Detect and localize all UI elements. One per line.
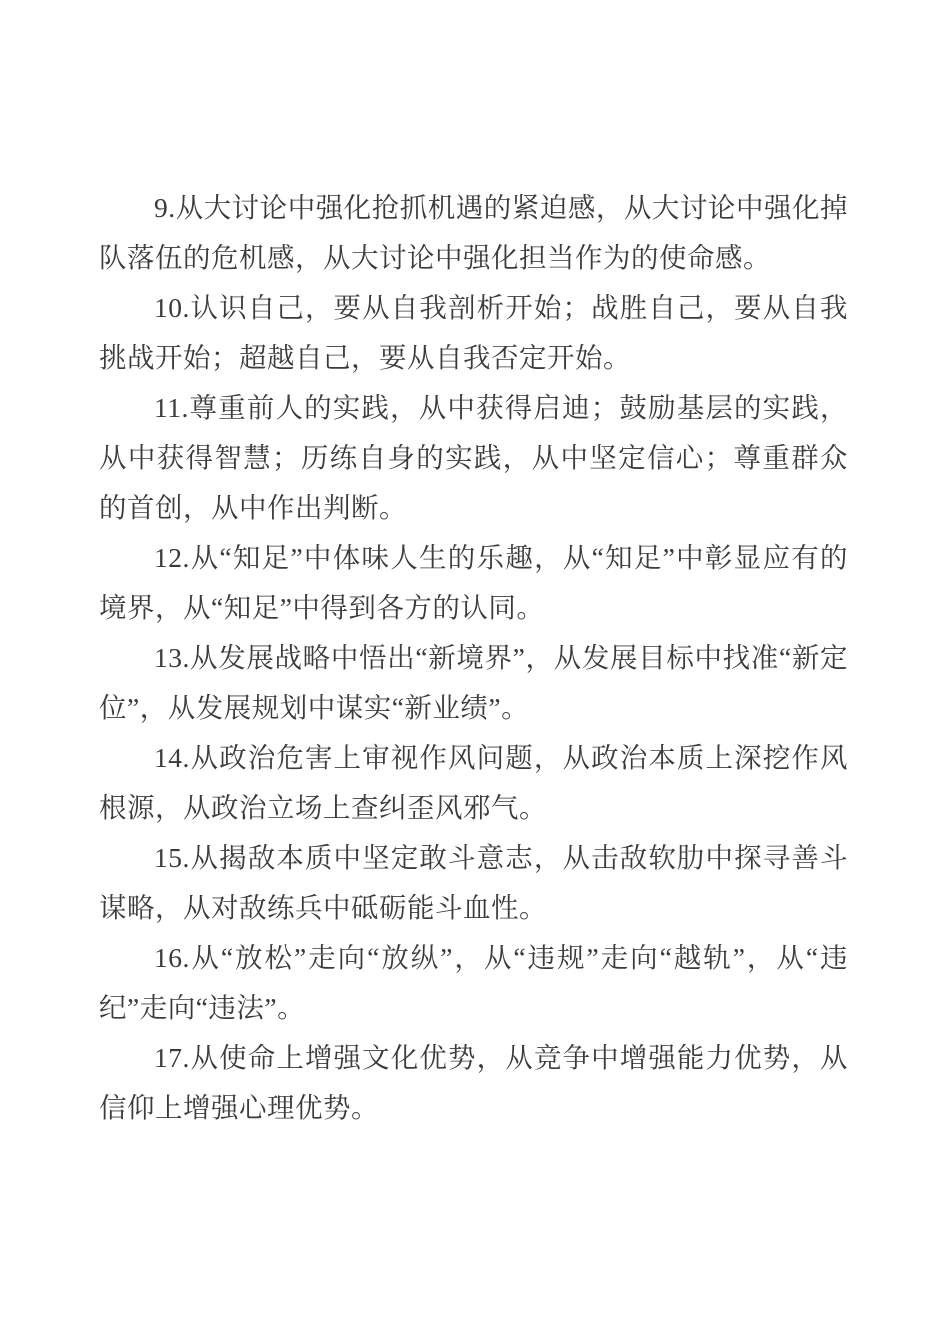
paragraph-16: 16.从“放松”走向“放纵”，从“违规”走向“越轨”，从“违纪”走向“违法”。 (99, 933, 848, 1033)
paragraph-15: 15.从揭敌本质中坚定敢斗意志，从击敌软肋中探寻善斗谋略，从对敌练兵中砥砺能斗血… (99, 833, 848, 933)
document-body: 9.从大讨论中强化抢抓机遇的紧迫感，从大讨论中强化掉队落伍的危机感，从大讨论中强… (99, 183, 848, 1133)
paragraph-14: 14.从政治危害上审视作风问题，从政治本质上深挖作风根源，从政治立场上查纠歪风邪… (99, 733, 848, 833)
paragraph-11: 11.尊重前人的实践，从中获得启迪；鼓励基层的实践，从中获得智慧；历练自身的实践… (99, 383, 848, 533)
paragraph-17: 17.从使命上增强文化优势，从竞争中增强能力优势，从信仰上增强心理优势。 (99, 1033, 848, 1133)
paragraph-10: 10.认识自己，要从自我剖析开始；战胜自己，要从自我挑战开始；超越自己，要从自我… (99, 283, 848, 383)
document-page: 9.从大讨论中强化抢抓机遇的紧迫感，从大讨论中强化掉队落伍的危机感，从大讨论中强… (0, 0, 950, 1344)
paragraph-13: 13.从发展战略中悟出“新境界”，从发展目标中找准“新定位”，从发展规划中谋实“… (99, 633, 848, 733)
paragraph-12: 12.从“知足”中体味人生的乐趣，从“知足”中彰显应有的境界，从“知足”中得到各… (99, 533, 848, 633)
paragraph-9: 9.从大讨论中强化抢抓机遇的紧迫感，从大讨论中强化掉队落伍的危机感，从大讨论中强… (99, 183, 848, 283)
